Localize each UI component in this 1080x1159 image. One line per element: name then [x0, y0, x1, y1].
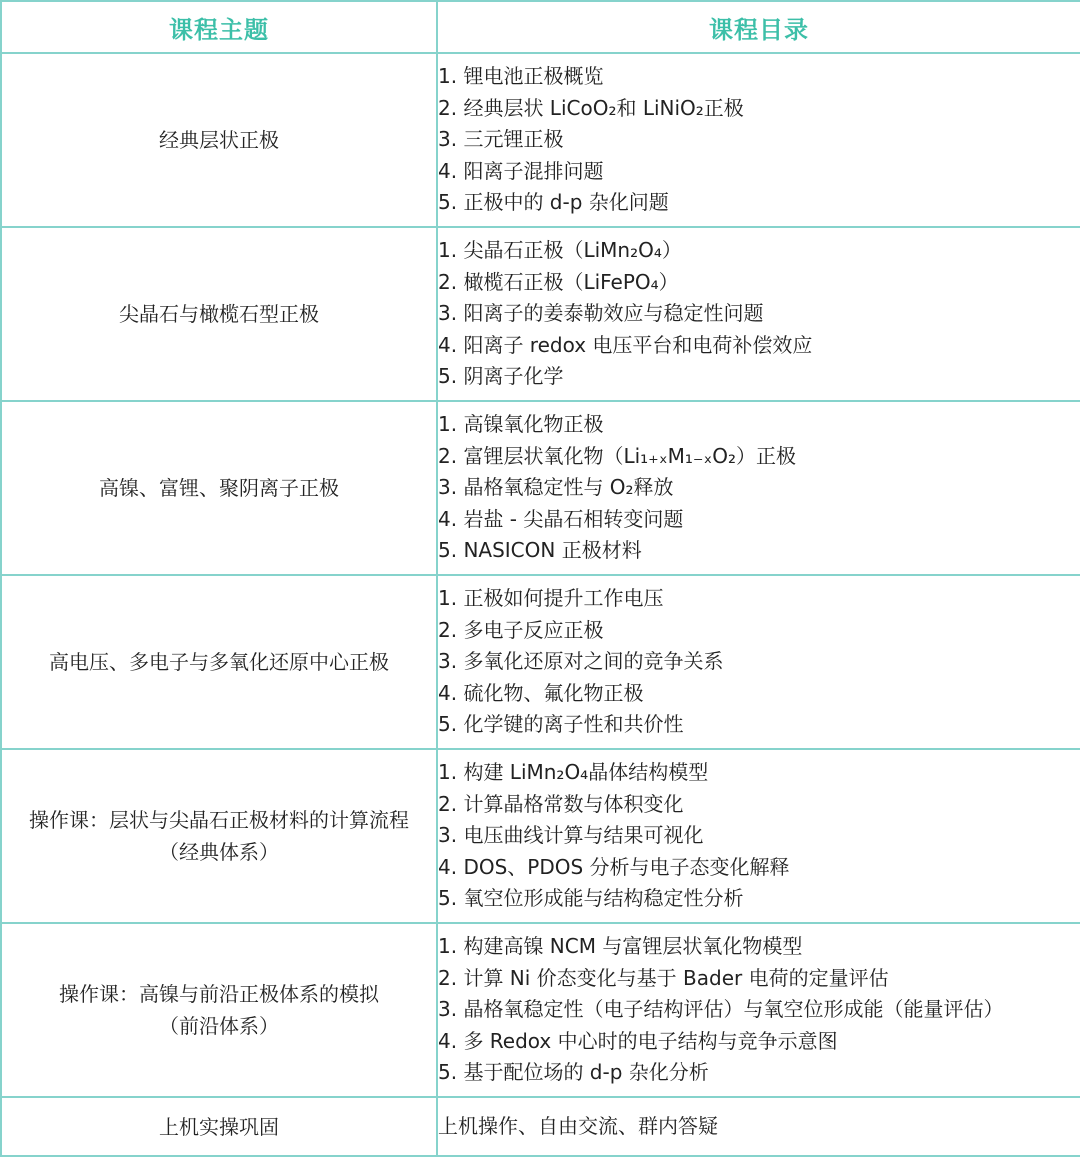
- topic-label: 操作课：高镍与前沿正极体系的模拟: [2, 978, 436, 1010]
- list-item: 3. 晶格氧稳定性与 O₂释放: [438, 472, 1080, 504]
- list-item: 4. 多 Redox 中心时的电子结构与竞争示意图: [438, 1026, 1080, 1058]
- list-item: 5. 化学键的离子性和共价性: [438, 709, 1080, 741]
- list-item: 4. 阳离子混排问题: [438, 156, 1080, 188]
- list-item: 2. 橄榄石正极（LiFePO₄）: [438, 267, 1080, 299]
- list-item: 2. 计算晶格常数与体积变化: [438, 789, 1080, 821]
- list-item: 1. 尖晶石正极（LiMn₂O₄）: [438, 235, 1080, 267]
- table-row: 操作课：层状与尖晶石正极材料的计算流程 （经典体系） 1. 构建 LiMn₂O₄…: [1, 749, 1080, 923]
- list-item: 5. 氧空位形成能与结构稳定性分析: [438, 883, 1080, 915]
- contents-cell: 1. 构建高镍 NCM 与富锂层状氧化物模型 2. 计算 Ni 价态变化与基于 …: [437, 923, 1080, 1097]
- list-item: 5. 阴离子化学: [438, 361, 1080, 393]
- list-item: 2. 多电子反应正极: [438, 615, 1080, 647]
- table-row: 尖晶石与橄榄石型正极 1. 尖晶石正极（LiMn₂O₄） 2. 橄榄石正极（Li…: [1, 227, 1080, 401]
- topic-label: 操作课：层状与尖晶石正极材料的计算流程: [2, 804, 436, 836]
- list-item: 3. 阳离子的姜泰勒效应与稳定性问题: [438, 298, 1080, 330]
- list-item: 5. 正极中的 d-p 杂化问题: [438, 187, 1080, 219]
- topic-cell: 操作课：高镍与前沿正极体系的模拟 （前沿体系）: [1, 923, 437, 1097]
- table-row: 操作课：高镍与前沿正极体系的模拟 （前沿体系） 1. 构建高镍 NCM 与富锂层…: [1, 923, 1080, 1097]
- list-item: 2. 经典层状 LiCoO₂和 LiNiO₂正极: [438, 93, 1080, 125]
- topic-cell: 经典层状正极: [1, 53, 437, 227]
- list-item: 4. 阳离子 redox 电压平台和电荷补偿效应: [438, 330, 1080, 362]
- list-item: 2. 计算 Ni 价态变化与基于 Bader 电荷的定量评估: [438, 963, 1080, 995]
- list-item: 2. 富锂层状氧化物（Li₁₊ₓM₁₋ₓO₂）正极: [438, 441, 1080, 473]
- topic-label: 高镍、富锂、聚阴离子正极: [2, 472, 436, 504]
- topic-label: 尖晶石与橄榄石型正极: [2, 298, 436, 330]
- table-row: 经典层状正极 1. 锂电池正极概览 2. 经典层状 LiCoO₂和 LiNiO₂…: [1, 53, 1080, 227]
- contents-cell: 1. 锂电池正极概览 2. 经典层状 LiCoO₂和 LiNiO₂正极 3. 三…: [437, 53, 1080, 227]
- contents-cell: 1. 尖晶石正极（LiMn₂O₄） 2. 橄榄石正极（LiFePO₄） 3. 阳…: [437, 227, 1080, 401]
- list-item: 3. 多氧化还原对之间的竞争关系: [438, 646, 1080, 678]
- list-item: 5. NASICON 正极材料: [438, 535, 1080, 567]
- list-item: 1. 锂电池正极概览: [438, 61, 1080, 93]
- list-item: 4. DOS、PDOS 分析与电子态变化解释: [438, 852, 1080, 884]
- topic-label: 上机实操巩固: [2, 1111, 436, 1143]
- contents-cell: 1. 构建 LiMn₂O₄晶体结构模型 2. 计算晶格常数与体积变化 3. 电压…: [437, 749, 1080, 923]
- header-contents: 课程目录: [437, 1, 1080, 53]
- list-item: 1. 正极如何提升工作电压: [438, 583, 1080, 615]
- list-item: 上机操作、自由交流、群内答疑: [438, 1111, 1080, 1143]
- list-item: 5. 基于配位场的 d-p 杂化分析: [438, 1057, 1080, 1089]
- topic-label: 经典层状正极: [2, 124, 436, 156]
- list-item: 1. 构建高镍 NCM 与富锂层状氧化物模型: [438, 931, 1080, 963]
- topic-cell: 高镍、富锂、聚阴离子正极: [1, 401, 437, 575]
- list-item: 3. 晶格氧稳定性（电子结构评估）与氧空位形成能（能量评估）: [438, 994, 1080, 1026]
- list-item: 3. 电压曲线计算与结果可视化: [438, 820, 1080, 852]
- topic-label: 高电压、多电子与多氧化还原中心正极: [2, 646, 436, 678]
- list-item: 4. 岩盐 - 尖晶石相转变问题: [438, 504, 1080, 536]
- topic-cell: 尖晶石与橄榄石型正极: [1, 227, 437, 401]
- contents-cell: 1. 正极如何提升工作电压 2. 多电子反应正极 3. 多氧化还原对之间的竞争关…: [437, 575, 1080, 749]
- contents-cell: 上机操作、自由交流、群内答疑: [437, 1097, 1080, 1156]
- course-table: 课程主题 课程目录 经典层状正极 1. 锂电池正极概览 2. 经典层状 LiCo…: [0, 0, 1080, 1157]
- header-row: 课程主题 课程目录: [1, 1, 1080, 53]
- topic-sublabel: （前沿体系）: [2, 1010, 436, 1042]
- list-item: 1. 高镍氧化物正极: [438, 409, 1080, 441]
- topic-sublabel: （经典体系）: [2, 836, 436, 868]
- topic-cell: 高电压、多电子与多氧化还原中心正极: [1, 575, 437, 749]
- list-item: 1. 构建 LiMn₂O₄晶体结构模型: [438, 757, 1080, 789]
- table-row: 高镍、富锂、聚阴离子正极 1. 高镍氧化物正极 2. 富锂层状氧化物（Li₁₊ₓ…: [1, 401, 1080, 575]
- list-item: 3. 三元锂正极: [438, 124, 1080, 156]
- table-row: 高电压、多电子与多氧化还原中心正极 1. 正极如何提升工作电压 2. 多电子反应…: [1, 575, 1080, 749]
- header-topic: 课程主题: [1, 1, 437, 53]
- table-row: 上机实操巩固 上机操作、自由交流、群内答疑: [1, 1097, 1080, 1156]
- list-item: 4. 硫化物、氟化物正极: [438, 678, 1080, 710]
- contents-cell: 1. 高镍氧化物正极 2. 富锂层状氧化物（Li₁₊ₓM₁₋ₓO₂）正极 3. …: [437, 401, 1080, 575]
- topic-cell: 操作课：层状与尖晶石正极材料的计算流程 （经典体系）: [1, 749, 437, 923]
- topic-cell: 上机实操巩固: [1, 1097, 437, 1156]
